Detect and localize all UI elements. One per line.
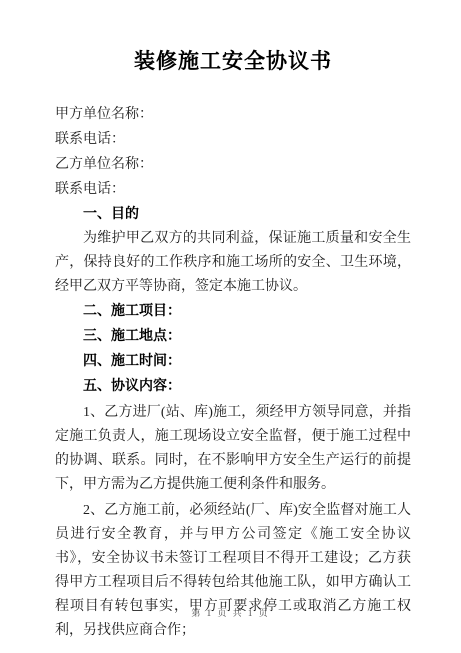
party-fields: 甲方单位名称： 联系电话： 乙方单位名称： 联系电话： [55,102,411,202]
section-heading-time: 四、施工时间： [55,349,411,374]
party-b-phone-label: 联系电话： [55,177,411,202]
document-title: 装修施工安全协议书 [55,46,411,76]
section-heading-project: 二、施工项目： [55,299,411,324]
section-heading-location: 三、施工地点： [55,324,411,349]
party-a-name-label: 甲方单位名称： [55,102,411,127]
document-page: 装修施工安全协议书 甲方单位名称： 联系电话： 乙方单位名称： 联系电话： 一、… [0,0,461,653]
purpose-paragraph: 为维护甲乙双方的共同利益，保证施工质量和安全生产，保持良好的工作秩序和施工场所的… [55,227,411,299]
clause-2-paragraph: 2、乙方施工前，必须经站(厂、库)安全监督对施工人员进行安全教育，并与甲方公司签… [55,499,411,643]
clause-1-paragraph: 1、乙方进厂(站、库)施工，须经甲方领导同意，并指定施工负责人，施工现场设立安全… [55,401,411,497]
page-number-footer: 第 1 页 共 1 页 [0,606,461,619]
party-a-phone-label: 联系电话： [55,127,411,152]
section-heading-content: 五、协议内容： [55,374,411,399]
party-b-name-label: 乙方单位名称： [55,152,411,177]
section-heading-purpose: 一、目的 [55,202,411,227]
